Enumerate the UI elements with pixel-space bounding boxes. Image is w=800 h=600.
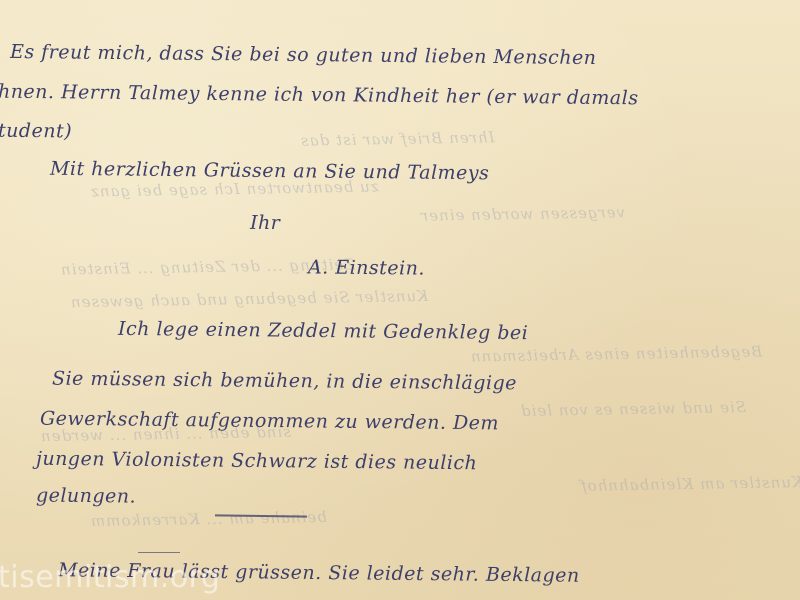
letter-line: Mit herzlichen Grüssen an Sie und Talmey… xyxy=(50,158,490,185)
letter-line: gelungen. xyxy=(36,484,136,507)
bleed-through-text: vergessen worden einer xyxy=(420,203,625,225)
letter-salutation: Ihr xyxy=(250,212,281,234)
bleed-through-text: Ihren Brief war ist das xyxy=(300,128,495,149)
letter-line: jungen Violonisten Schwarz ist dies neul… xyxy=(36,448,478,475)
letter-line: Ich lege einen Zeddel mit Gedenkleg bei xyxy=(118,318,528,344)
watermark-text: tisemitism.org xyxy=(0,560,220,595)
letter-signature: A. Einstein. xyxy=(308,256,425,279)
handwritten-mark xyxy=(138,552,180,553)
bleed-through-text: Kunstler am Kleinbahnhof xyxy=(580,473,800,495)
letter-line: tudent) xyxy=(0,120,72,143)
